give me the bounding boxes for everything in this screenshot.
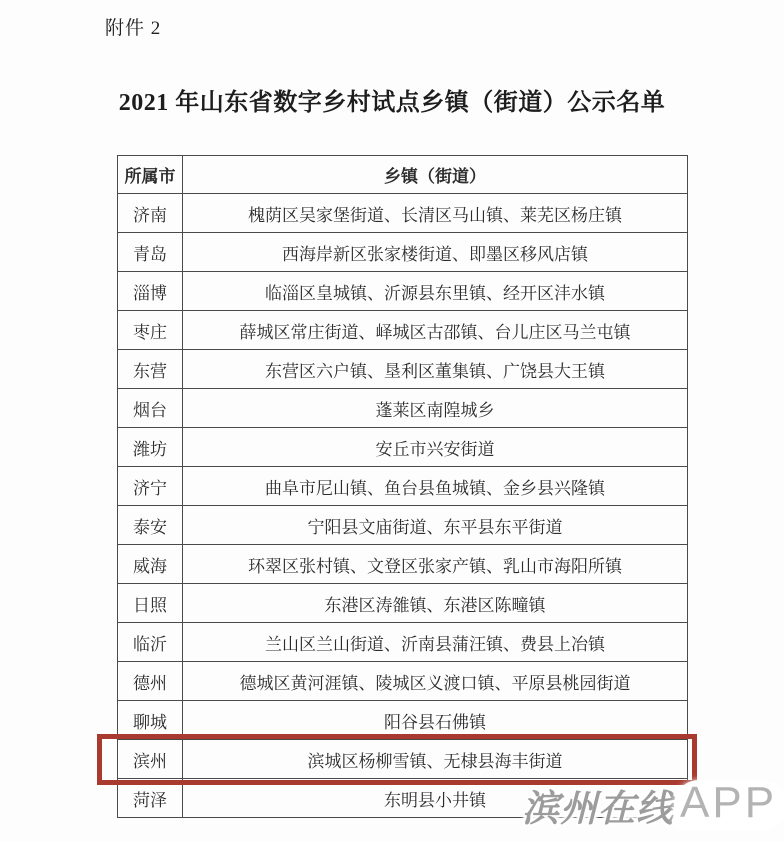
- table-row: 淄博 临淄区皇城镇、沂源县东里镇、经开区沣水镇: [118, 272, 688, 311]
- townships-cell: 兰山区兰山街道、沂南县蒲汪镇、费县上冶镇: [183, 623, 688, 662]
- table-row: 枣庄 薛城区常庄街道、峄城区古邵镇、台儿庄区马兰屯镇: [118, 311, 688, 350]
- city-cell: 德州: [118, 662, 183, 701]
- watermark-app-text: APP: [674, 780, 784, 830]
- townships-cell: 临淄区皇城镇、沂源县东里镇、经开区沣水镇: [183, 272, 688, 311]
- city-cell: 菏泽: [118, 779, 183, 818]
- townships-cell: 滨城区杨柳雪镇、无棣县海丰街道: [183, 740, 688, 779]
- townships-cell: 东港区涛雒镇、东港区陈疃镇: [183, 584, 688, 623]
- table-row: 济宁 曲阜市尼山镇、鱼台县鱼城镇、金乡县兴隆镇: [118, 467, 688, 506]
- page-title: 2021 年山东省数字乡村试点乡镇（街道）公示名单: [0, 82, 784, 117]
- table-row: 青岛 西海岸新区张家楼街道、即墨区移风店镇: [118, 233, 688, 272]
- city-cell: 聊城: [118, 701, 183, 740]
- table-row: 临沂 兰山区兰山街道、沂南县蒲汪镇、费县上冶镇: [118, 623, 688, 662]
- city-cell: 泰安: [118, 506, 183, 545]
- townships-cell: 东营区六户镇、垦利区董集镇、广饶县大王镇: [183, 350, 688, 389]
- watermark: 滨州在线APP: [522, 778, 784, 832]
- document-page: 附件 2 2021 年山东省数字乡村试点乡镇（街道）公示名单 所属市 乡镇（街道…: [0, 0, 784, 842]
- townships-cell: 槐荫区吴家堡街道、长清区马山镇、莱芜区杨庄镇: [183, 194, 688, 233]
- city-cell: 滨州: [118, 740, 183, 779]
- table-row: 威海 环翠区张村镇、文登区张家产镇、乳山市海阳所镇: [118, 545, 688, 584]
- townships-cell: 阳谷县石佛镇: [183, 701, 688, 740]
- city-cell: 威海: [118, 545, 183, 584]
- attachment-label: 附件 2: [105, 13, 161, 40]
- city-cell: 济南: [118, 194, 183, 233]
- townships-cell: 蓬莱区南隍城乡: [183, 389, 688, 428]
- table-row: 德州 德城区黄河涯镇、陵城区义渡口镇、平原县桃园街道: [118, 662, 688, 701]
- city-cell: 青岛: [118, 233, 183, 272]
- table-row: 潍坊 安丘市兴安街道: [118, 428, 688, 467]
- townships-cell: 德城区黄河涯镇、陵城区义渡口镇、平原县桃园街道: [183, 662, 688, 701]
- table-header-row: 所属市 乡镇（街道）: [118, 156, 688, 194]
- header-townships: 乡镇（街道）: [183, 156, 688, 194]
- table-row: 泰安 宁阳县文庙街道、东平县东平街道: [118, 506, 688, 545]
- table-row-highlighted: 滨州 滨城区杨柳雪镇、无棣县海丰街道: [118, 740, 688, 779]
- table-row: 东营 东营区六户镇、垦利区董集镇、广饶县大王镇: [118, 350, 688, 389]
- city-cell: 东营: [118, 350, 183, 389]
- city-cell: 烟台: [118, 389, 183, 428]
- table-row: 济南 槐荫区吴家堡街道、长清区马山镇、莱芜区杨庄镇: [118, 194, 688, 233]
- city-cell: 淄博: [118, 272, 183, 311]
- table-row: 聊城 阳谷县石佛镇: [118, 701, 688, 740]
- watermark-cn-text: 滨州在线: [522, 778, 674, 832]
- townships-cell: 西海岸新区张家楼街道、即墨区移风店镇: [183, 233, 688, 272]
- city-cell: 临沂: [118, 623, 183, 662]
- townships-cell: 薛城区常庄街道、峄城区古邵镇、台儿庄区马兰屯镇: [183, 311, 688, 350]
- townships-cell: 宁阳县文庙街道、东平县东平街道: [183, 506, 688, 545]
- city-cell: 枣庄: [118, 311, 183, 350]
- city-cell: 日照: [118, 584, 183, 623]
- header-city: 所属市: [118, 156, 183, 194]
- townships-cell: 环翠区张村镇、文登区张家产镇、乳山市海阳所镇: [183, 545, 688, 584]
- townships-table: 所属市 乡镇（街道） 济南 槐荫区吴家堡街道、长清区马山镇、莱芜区杨庄镇 青岛 …: [117, 155, 688, 818]
- city-cell: 济宁: [118, 467, 183, 506]
- townships-cell: 曲阜市尼山镇、鱼台县鱼城镇、金乡县兴隆镇: [183, 467, 688, 506]
- city-cell: 潍坊: [118, 428, 183, 467]
- townships-cell: 安丘市兴安街道: [183, 428, 688, 467]
- table-row: 日照 东港区涛雒镇、东港区陈疃镇: [118, 584, 688, 623]
- table-row: 烟台 蓬莱区南隍城乡: [118, 389, 688, 428]
